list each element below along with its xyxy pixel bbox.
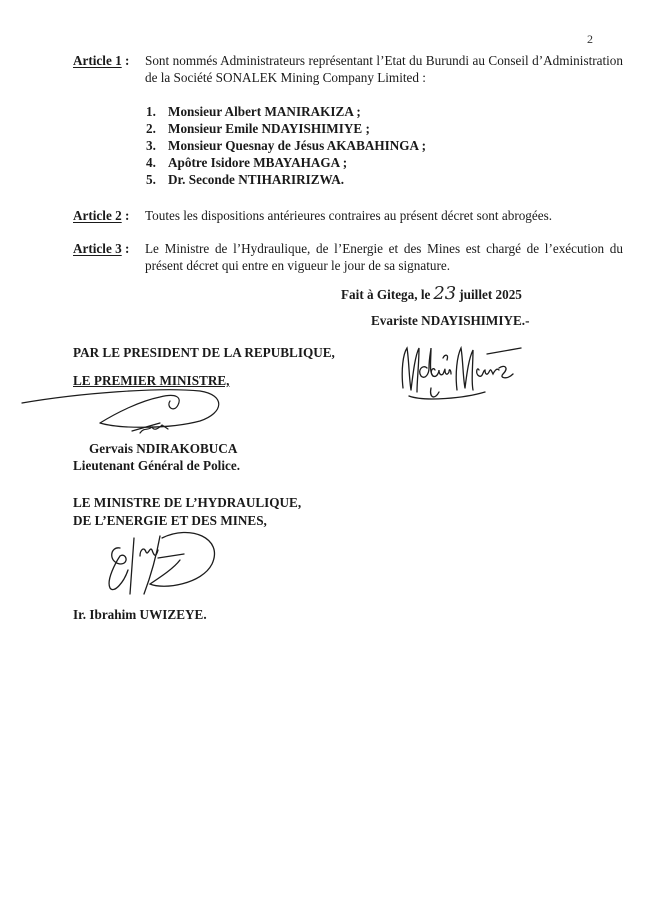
list-item: 4.Apôtre Isidore MBAYAHAGA ; [146, 154, 426, 171]
par-le-president: PAR LE PRESIDENT DE LA REPUBLIQUE, [73, 343, 335, 363]
appointee-name: Dr. Seconde NTIHARIRIZWA. [168, 171, 344, 188]
president-signature-icon [395, 340, 535, 400]
page-number: 2 [587, 32, 593, 47]
appointee-name: Apôtre Isidore MBAYAHAGA ; [168, 154, 347, 171]
ministre-signature-icon [100, 528, 220, 603]
premier-ministre-rank: Lieutenant Général de Police. [73, 457, 240, 474]
signing-place-date: Fait à Gitega, le23juillet 2025 [341, 283, 522, 304]
premier-ministre-signature-icon [20, 383, 240, 443]
article-2-label: Article 2 : [73, 207, 129, 224]
article-3: Article 3 : Le Ministre de l’Hydraulique… [73, 240, 623, 274]
list-item: 3.Monsieur Quesnay de Jésus AKABAHINGA ; [146, 137, 426, 154]
list-item: 5.Dr. Seconde NTIHARIRIZWA. [146, 171, 426, 188]
appointees-list: 1.Monsieur Albert MANIRAKIZA ; 2.Monsieu… [146, 103, 426, 188]
handwritten-day: 23 [433, 283, 456, 304]
article-2: Article 2 : Toutes les dispositions anté… [73, 207, 623, 224]
premier-ministre-name: Gervais NDIRAKOBUCA [89, 440, 237, 457]
appointee-name: Monsieur Quesnay de Jésus AKABAHINGA ; [168, 137, 426, 154]
appointee-name: Monsieur Albert MANIRAKIZA ; [168, 103, 361, 120]
ministre-title: LE MINISTRE DE L’HYDRAULIQUE, DE L’ENERG… [73, 494, 301, 530]
article-1-label: Article 1 : [73, 52, 129, 69]
article-2-text: Toutes les dispositions antérieures cont… [145, 207, 623, 224]
list-item: 2.Monsieur Emile NDAYISHIMIYE ; [146, 120, 426, 137]
president-name: Evariste NDAYISHIMIYE.- [371, 313, 530, 329]
premier-ministre-title: LE PREMIER MINISTRE, [73, 371, 229, 391]
appointee-name: Monsieur Emile NDAYISHIMIYE ; [168, 120, 370, 137]
ministre-name: Ir. Ibrahim UWIZEYE. [73, 605, 207, 625]
article-1: Article 1 : Sont nommés Administrateurs … [73, 52, 623, 86]
article-1-text: Sont nommés Administrateurs représentant… [145, 52, 623, 86]
article-3-label: Article 3 : [73, 240, 129, 257]
list-item: 1.Monsieur Albert MANIRAKIZA ; [146, 103, 426, 120]
article-3-text: Le Ministre de l’Hydraulique, de l’Energ… [145, 240, 623, 274]
